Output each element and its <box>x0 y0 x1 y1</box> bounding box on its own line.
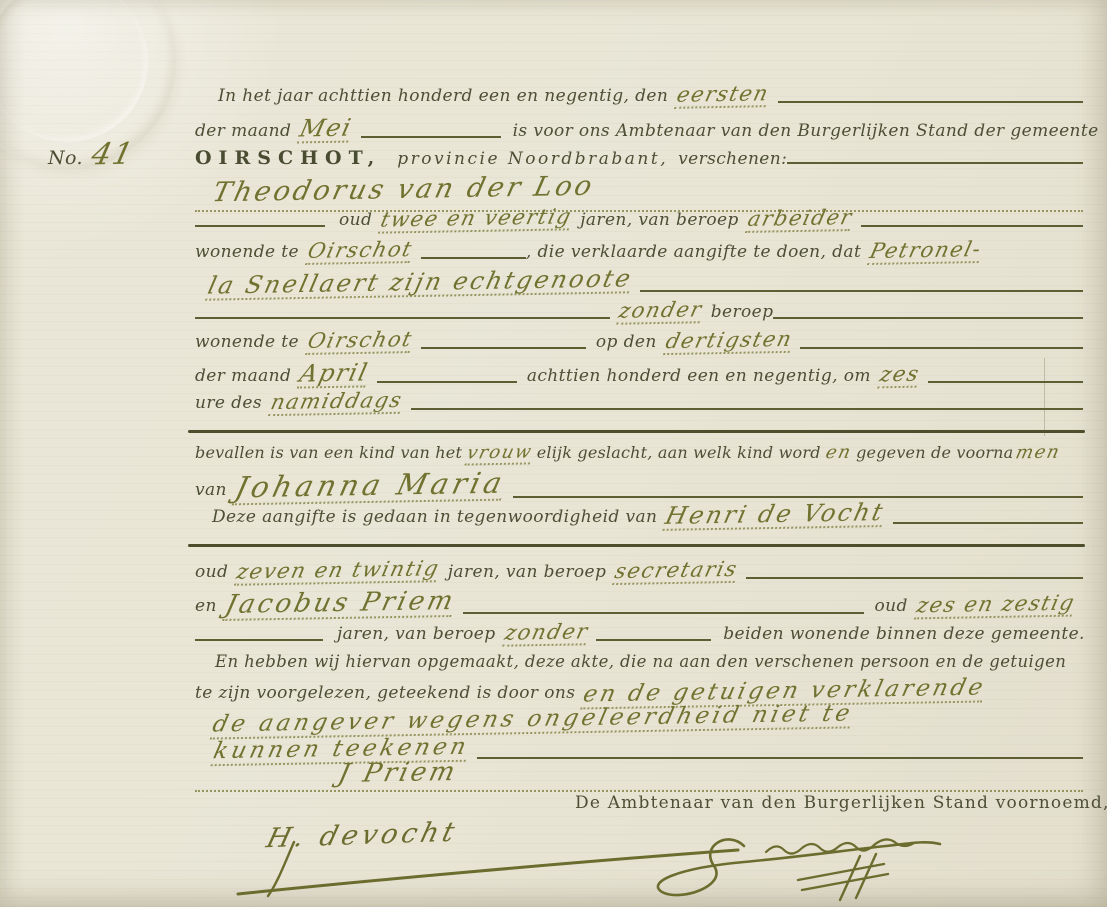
line-declarant-residence: wonende te Oirschot , die verklaarde aan… <box>195 240 1083 264</box>
ruled-line <box>411 408 1083 410</box>
embossed-seal-inner-ring <box>0 0 148 142</box>
line-witness2-signature: J Priem <box>330 760 1083 786</box>
printed-text: , die verklaarde aangifte te doen, dat <box>526 242 861 262</box>
handwritten-child-names: Johanna Maria <box>232 469 509 506</box>
ruled-line <box>195 317 610 319</box>
line-official-title: De Ambtenaar van den Burgerlijken Stand … <box>575 793 1083 813</box>
province-name: provincie Noordbrabant, <box>397 149 668 169</box>
ruled-line <box>640 290 1083 292</box>
ruled-line <box>513 496 1083 498</box>
line-declaration-2: de aangever wegens ongeleerdheid niet te <box>205 708 1083 734</box>
handwritten-witness1-profession: secretaris <box>612 559 740 585</box>
handwritten-declarant-name: Theodorus van der Loo <box>210 173 597 207</box>
printed-text: beiden wonende binnen deze gemeente. <box>723 624 1085 644</box>
ruled-line <box>421 257 526 259</box>
line-month: der maand Mei is voor ons Ambtenaar van … <box>195 116 1083 143</box>
printed-text: oud <box>195 562 228 582</box>
paper-scratch <box>1044 358 1045 436</box>
line-child-names: van Johanna Maria <box>195 471 1083 503</box>
ruled-line <box>746 577 1083 579</box>
handwritten-birth-month: April <box>297 360 371 388</box>
ruled-line <box>787 162 1083 164</box>
printed-text: En hebben wij hiervan opgemaakt, deze ak… <box>215 652 1066 671</box>
handwritten-declaration-part2: de aangever wegens ongeleerdheid niet te <box>210 702 856 739</box>
handwritten-witness2-profession: zonder <box>502 621 591 646</box>
handwritten-witness1-name: Henri de Vocht <box>663 500 888 531</box>
printed-text: gegeven de voorna <box>856 443 1013 462</box>
ruled-line <box>195 225 325 227</box>
handwritten-suffix: en <box>824 444 854 462</box>
line-birth-month: der maand April achttien honderd een en … <box>195 361 1083 388</box>
printed-text: van <box>195 480 227 500</box>
handwritten-witness2-name: Jacobus Priem <box>222 588 458 621</box>
ruled-line <box>893 522 1083 524</box>
line-declarant-age: oud twee en veertig jaren, van beroep ar… <box>195 208 1083 232</box>
handwritten-birth-hour: zes <box>877 364 922 389</box>
line-witness2-profession: jaren, van beroep zonder beiden wonende … <box>195 622 1083 646</box>
separator-rule <box>188 544 1085 547</box>
handwritten-residence: Oirschot <box>305 329 415 355</box>
handwritten-sex: vrouw <box>465 443 535 465</box>
ruled-line <box>377 381 517 383</box>
printed-text: is voor ons Ambtenaar van den Burgerlijk… <box>513 121 1099 141</box>
printed-text: der maand <box>195 366 291 386</box>
printed-text: en <box>195 596 217 616</box>
line-witness1: Deze aangifte is gedaan in tegenwoordigh… <box>212 502 1083 529</box>
ruled-line <box>800 347 1083 349</box>
dotted-line <box>195 790 1083 792</box>
line-year: In het jaar achttien honderd een en nege… <box>218 84 1083 108</box>
printed-text: te zijn voorgelezen, geteekend is door o… <box>195 683 575 703</box>
ruled-line <box>421 347 586 349</box>
printed-text: wonende te <box>195 332 299 352</box>
ruled-line <box>195 639 323 641</box>
ruled-line <box>477 757 1083 759</box>
handwritten-age: twee en veertig <box>378 206 574 233</box>
ruled-line <box>596 639 711 641</box>
ruled-line <box>463 612 864 614</box>
handwritten-birth-day: dertigsten <box>663 329 795 355</box>
ruled-line <box>773 317 1083 319</box>
ruled-line <box>928 381 1083 383</box>
handwritten-witness1-age: zeven en twintig <box>234 558 442 586</box>
ambtenaar-signature <box>648 828 988 906</box>
act-number-value: 41 <box>88 140 137 171</box>
printed-text: jaren, van beroep <box>337 624 496 644</box>
line-municipality: OIRSCHOT, provincie Noordbrabant, versch… <box>195 147 1083 169</box>
birth-certificate-scan: No. 41 In het jaar achttien honderd een … <box>0 0 1107 907</box>
line-time-of-day: ure des namiddags <box>195 391 1083 415</box>
printed-text: Deze aangifte is gedaan in tegenwoordigh… <box>212 507 657 527</box>
municipality-name: OIRSCHOT, <box>195 147 381 169</box>
printed-text: jaren, van beroep <box>448 562 607 582</box>
line-witness1-age: oud zeven en twintig jaren, van beroep s… <box>195 560 1083 584</box>
handwritten-profession-none: zonder <box>616 299 705 324</box>
ruled-line <box>861 225 1083 227</box>
handwritten-profession: arbeider <box>745 207 855 233</box>
printed-text: op den <box>596 332 657 352</box>
printed-text: der maand <box>195 121 291 141</box>
printed-text: oud <box>339 210 372 230</box>
printed-text: jaren, van beroep <box>580 210 739 230</box>
line-signed-by: te zijn voorgelezen, geteekend is door o… <box>195 680 1083 706</box>
handwritten-time-of-day: namiddags <box>268 390 405 416</box>
handwritten-mother-name-part2: la Snellaert zijn echtgenoote <box>205 266 635 300</box>
line-child-sex: bevallen is van een kind van het vrouw e… <box>195 443 1083 465</box>
handwritten-month: Mei <box>297 116 355 144</box>
printed-text: oud <box>874 596 907 616</box>
act-number: No. 41 <box>48 140 142 170</box>
line-mother-name: la Snellaert zijn echtgenoote <box>200 270 1083 297</box>
handwritten-residence: Oirschot <box>305 239 415 265</box>
printed-text: achttien honderd een en negentig, om <box>527 366 871 386</box>
signature-priem: J Priem <box>336 759 460 787</box>
ruled-line <box>778 101 1084 103</box>
printed-text: ure des <box>195 393 262 413</box>
printed-text: elijk geslacht, aan welk kind word <box>537 443 821 462</box>
printed-text: In het jaar achttien honderd een en nege… <box>218 86 668 106</box>
line-closing-formula: En hebben wij hiervan opgemaakt, deze ak… <box>215 652 1083 671</box>
printed-text: bevallen is van een kind van het <box>195 443 462 462</box>
handwritten-witness2-age: zes en zestig <box>914 593 1077 620</box>
separator-rule <box>188 430 1085 433</box>
printed-text: verschenen: <box>678 149 787 169</box>
printed-text: wonende te <box>195 242 299 262</box>
printed-official-title: De Ambtenaar van den Burgerlijken Stand … <box>575 793 1107 813</box>
line-mother-profession: zonder beroep <box>195 300 1083 324</box>
line-declarant-name: Theodorus van der Loo <box>205 176 1083 203</box>
line-witness2: en Jacobus Priem oud zes en zestig <box>195 590 1083 619</box>
handwritten-suffix: men <box>1014 444 1062 463</box>
line-birth-day: wonende te Oirschot op den dertigsten <box>195 330 1083 354</box>
act-number-label: No. <box>48 147 83 169</box>
handwritten-day: eersten <box>674 83 771 109</box>
printed-text: beroep <box>711 302 774 322</box>
ruled-line <box>361 136 501 138</box>
handwritten-mother-name-part1: Petronel- <box>867 239 984 265</box>
